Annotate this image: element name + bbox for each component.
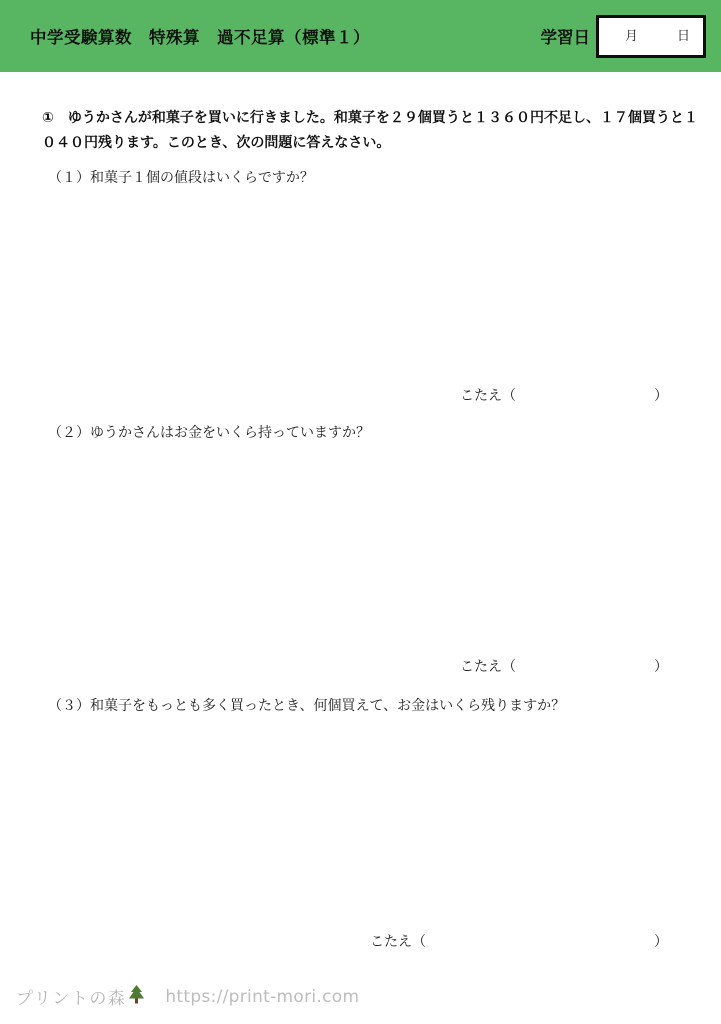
answer-1-blank[interactable] xyxy=(516,388,654,405)
site-url: https://print-mori.com xyxy=(165,987,359,1007)
header-bar: 中学受験算数 特殊算 過不足算（標準１） 学習日 月 日 xyxy=(0,0,721,72)
question-2-label: （２）ゆうかさんはお金をいくら持っていますか？ xyxy=(48,422,370,442)
answer-row-1: こたえ（ ） xyxy=(460,385,668,405)
answer-1-close-label: ） xyxy=(654,385,668,405)
answer-row-2: こたえ（ ） xyxy=(460,656,668,676)
answer-3-blank[interactable] xyxy=(426,934,654,951)
answer-row-3: こたえ（ ） xyxy=(370,931,668,951)
day-field[interactable]: 日 xyxy=(651,30,703,43)
answer-1-open-label: こたえ（ xyxy=(460,385,516,405)
problem-statement: ① ゆうかさんが和菓子を買いに行きました。和菓子を２９個買うと１３６０円不足し、… xyxy=(42,106,698,156)
study-date-group: 学習日 月 日 xyxy=(541,15,707,58)
answer-2-blank[interactable] xyxy=(516,659,654,676)
question-3-label: （３）和菓子をもっとも多く買ったとき、何個買えて、お金はいくら残りますか？ xyxy=(48,695,565,715)
study-date-label: 学習日 xyxy=(541,24,591,48)
answer-3-open-label: こたえ（ xyxy=(370,931,426,951)
site-logo-text: プリントの森 xyxy=(16,984,126,1009)
question-1-label: （１）和菓子１個の値段はいくらですか？ xyxy=(48,167,314,187)
answer-2-close-label: ） xyxy=(654,656,668,676)
month-field[interactable]: 月 xyxy=(599,30,651,43)
study-date-box[interactable]: 月 日 xyxy=(596,15,706,58)
answer-3-close-label: ） xyxy=(654,931,668,951)
worksheet-page: 中学受験算数 特殊算 過不足算（標準１） 学習日 月 日 ① ゆうかさんが和菓子… xyxy=(0,0,721,1024)
page-title: 中学受験算数 特殊算 過不足算（標準１） xyxy=(30,24,370,48)
evergreen-tree-icon xyxy=(128,985,145,1008)
footer: プリントの森 https://print-mori.com xyxy=(16,984,359,1009)
answer-2-open-label: こたえ（ xyxy=(460,656,516,676)
